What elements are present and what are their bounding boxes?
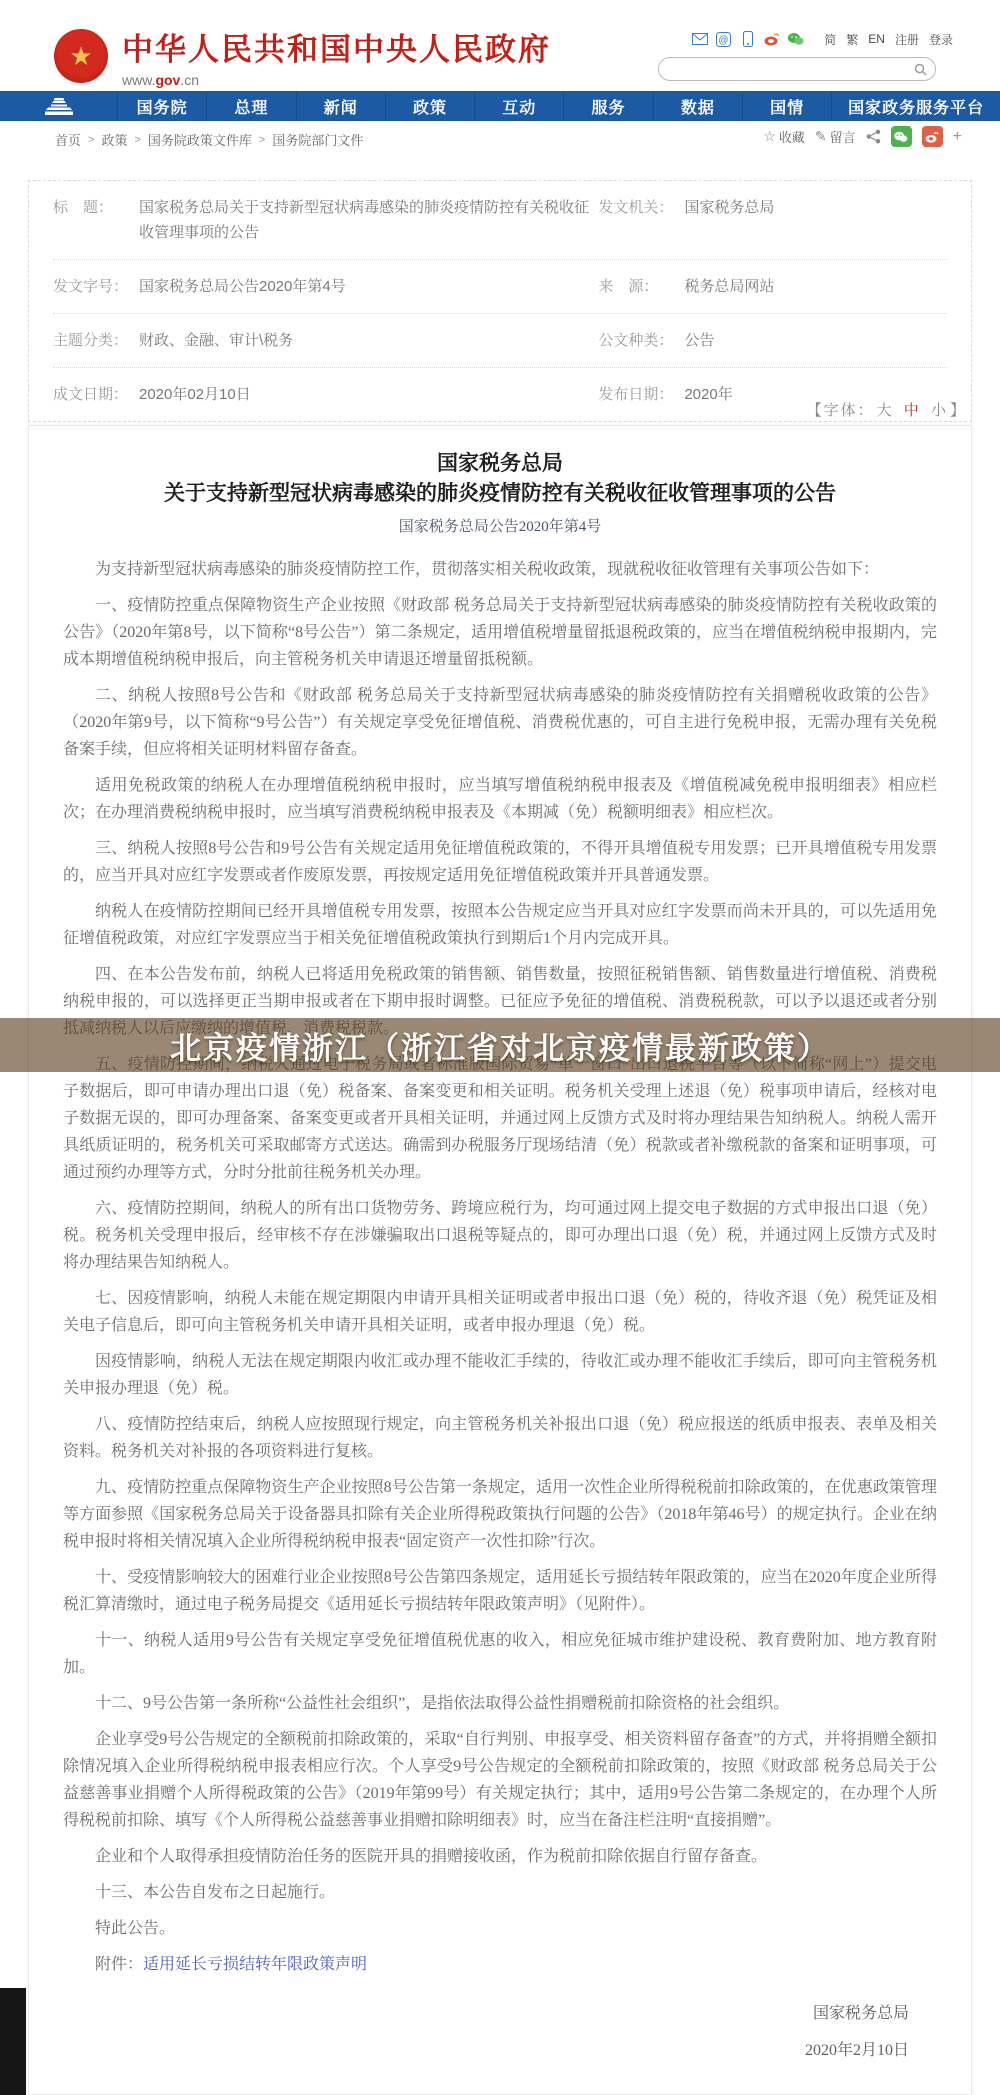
- document-paragraph: 特此公告。: [63, 1915, 937, 1942]
- page-root: ★ 中华人民共和国中央人民政府 www.gov.cn @: [0, 0, 1000, 2095]
- document-paragraph: 纳税人在疫情防控期间已经开具增值税专用发票，按照本公告规定应当开具对应红字发票而…: [63, 898, 937, 952]
- favorite-button[interactable]: ☆收藏: [763, 127, 805, 146]
- document-paragraph: 一、疫情防控重点保障物资生产企业按照《财政部 税务总局关于支持新型冠状病毒感染的…: [63, 592, 937, 673]
- breadcrumb-row: 首页>政策>国务院政策文件库>国务院部门文件> ☆收藏 ✎留言 +: [0, 121, 1000, 152]
- email-at-icon[interactable]: @: [715, 31, 732, 48]
- nav-items: 国务院总理新闻政策互动服务数据国情国家政务服务平台: [118, 91, 1000, 121]
- meta-value: 税务总局网站: [684, 274, 774, 299]
- search-input[interactable]: [667, 59, 914, 79]
- pencil-icon: ✎: [815, 128, 827, 145]
- nav-item[interactable]: 国情: [743, 91, 832, 121]
- meta-row: 主题分类： 财政、金融、审计\税务 公文种类： 公告: [53, 314, 947, 368]
- document-title: 关于支持新型冠状病毒感染的肺炎疫情防控有关税收征收管理事项的公告: [63, 478, 937, 508]
- nav-home-tiananmen-icon[interactable]: [0, 91, 118, 121]
- wechat-icon[interactable]: [787, 31, 804, 48]
- document-paragraph: 九、疫情防控重点保障物资生产企业按照8号公告第一条规定，适用一次性企业所得税税前…: [63, 1474, 937, 1555]
- breadcrumb-separator: >: [252, 134, 272, 146]
- site-brand[interactable]: ★ 中华人民共和国中央人民政府 www.gov.cn: [54, 24, 551, 88]
- signature-date: 2020年2月10日: [63, 2037, 909, 2064]
- document-paragraph: 因疫情影响，纳税人无法在规定期限内收汇或办理不能收汇手续的，待收汇或办理不能收汇…: [63, 1348, 937, 1402]
- breadcrumb-item[interactable]: 国务院政策文件库: [148, 130, 252, 149]
- main-navbar: 国务院总理新闻政策互动服务数据国情国家政务服务平台: [0, 91, 1000, 121]
- meta-label: 公文种类：: [598, 328, 684, 353]
- breadcrumb-item[interactable]: 首页: [55, 130, 81, 149]
- nav-item[interactable]: 政策: [386, 91, 475, 121]
- search-icon[interactable]: [914, 63, 927, 76]
- meta-label: 发布日期：: [598, 382, 684, 407]
- document-paragraph: 十二、9号公告第一条所称“公益性社会组织”，是指依法取得公益性捐赠税前扣除资格的…: [63, 1690, 937, 1717]
- attachment-label: 附件：: [95, 1956, 143, 1973]
- breadcrumb-item[interactable]: 国务院部门文件: [272, 130, 363, 149]
- signature-org: 国家税务总局: [63, 2000, 909, 2027]
- document-paragraph: 十三、本公告自发布之日起施行。: [63, 1879, 937, 1906]
- meta-value: 国家税务总局公告2020年第4号: [139, 274, 346, 299]
- weibo-icon[interactable]: [763, 31, 780, 48]
- document-paragraph: 三、纳税人按照8号公告和9号公告有关规定适用免征增值税政策的，不得开具增值税专用…: [63, 835, 937, 889]
- font-large-button[interactable]: 大: [875, 402, 896, 419]
- bottom-left-dark-bar: [0, 1988, 26, 2095]
- breadcrumb-separator: >: [127, 134, 147, 146]
- document-issuing-org: 国家税务总局: [63, 448, 937, 478]
- meta-label: 主题分类：: [53, 328, 139, 353]
- document-body: 为支持新型冠状病毒感染的肺炎疫情防控工作，贯彻落实相关税收政策，现就税收征收管理…: [63, 556, 937, 1942]
- attachment-link[interactable]: 适用延长亏损结转年限政策声明: [143, 1956, 367, 1973]
- lang-links: 简|繁|EN|注册|登录|: [819, 31, 958, 48]
- document-paragraph: 企业享受9号公告规定的全额税前扣除政策的，采取“自行判别、申报享受、相关资料留存…: [63, 1726, 937, 1834]
- document-paragraph: 十一、纳税人适用9号公告有关规定享受免征增值税优惠的收入，相应免征城市维护建设税…: [63, 1627, 937, 1681]
- font-size-bar: 【字体：大 中 小】: [807, 399, 967, 420]
- document-sheet: 国家税务总局 关于支持新型冠状病毒感染的肺炎疫情防控有关税收征收管理事项的公告 …: [28, 425, 972, 2095]
- signature-block: 国家税务总局 2020年2月10日: [63, 2000, 937, 2064]
- breadcrumb-actions: ☆收藏 ✎留言 +: [763, 126, 962, 147]
- star-icon: ☆: [763, 128, 776, 145]
- brand-text: 中华人民共和国中央人民政府 www.gov.cn: [122, 24, 551, 88]
- document-paragraph: 十、受疫情影响较大的困难行业企业按照8号公告第四条规定，适用延长亏损结转年限政策…: [63, 1564, 937, 1618]
- document-meta-panel: 标 题： 国家税务总局关于支持新型冠状病毒感染的肺炎疫情防控有关税收征收管理事项…: [28, 180, 972, 422]
- share-wechat-button[interactable]: [891, 126, 912, 147]
- nav-item[interactable]: 数据: [654, 91, 743, 121]
- meta-value: 2020年02月10日: [139, 382, 251, 407]
- breadcrumb-item[interactable]: 政策: [101, 130, 127, 149]
- attachment-line: 附件：适用延长亏损结转年限政策声明: [63, 1951, 937, 1978]
- meta-value: 2020年: [684, 382, 732, 407]
- lang-link[interactable]: 简: [819, 33, 841, 47]
- overlay-ad-banner[interactable]: 北京疫情浙江（浙江省对北京疫情最新政策）: [0, 1018, 1000, 1072]
- nav-item[interactable]: 新闻: [297, 91, 386, 121]
- share-weibo-button[interactable]: [922, 126, 943, 147]
- font-small-button[interactable]: 小: [929, 402, 950, 419]
- site-title: 中华人民共和国中央人民政府: [122, 24, 551, 69]
- document-paragraph: 二、纳税人按照8号公告和《财政部 税务总局关于支持新型冠状病毒感染的肺炎疫情防控…: [63, 682, 937, 763]
- document-paragraph: 七、因疫情影响，纳税人未能在规定期限内申请开具相关证明或者申报出口退（免）税的，…: [63, 1285, 937, 1339]
- meta-value: 财政、金融、审计\税务: [139, 328, 293, 353]
- nav-item[interactable]: 互动: [475, 91, 564, 121]
- overlay-banner-text: 北京疫情浙江（浙江省对北京疫情最新政策）: [170, 1023, 830, 1068]
- meta-row: 发文字号： 国家税务总局公告2020年第4号 来 源： 税务总局网站: [53, 260, 947, 314]
- quick-icons: @ 简|繁|EN|注册|登录|: [658, 30, 958, 48]
- meta-value: 国家税务总局: [684, 195, 774, 245]
- nav-item[interactable]: 总理: [207, 91, 296, 121]
- lang-link[interactable]: 繁: [841, 33, 863, 47]
- meta-label: 发文字号：: [53, 274, 139, 299]
- lang-link[interactable]: 注册: [890, 33, 924, 47]
- meta-label: 标 题：: [53, 195, 139, 245]
- mail-icon[interactable]: [691, 31, 708, 48]
- document-paragraph: 六、疫情防控期间，纳税人的所有出口货物劳务、跨境应税行为，均可通过网上提交电子数…: [63, 1195, 937, 1276]
- mobile-icon[interactable]: [739, 31, 756, 48]
- svg-text:@: @: [719, 35, 729, 46]
- header-right: @ 简|繁|EN|注册|登录|: [658, 30, 958, 81]
- meta-label: 来 源：: [598, 274, 684, 299]
- nav-item[interactable]: 国家政务服务平台: [832, 91, 1000, 121]
- site-url: www.gov.cn: [122, 72, 551, 88]
- site-header: ★ 中华人民共和国中央人民政府 www.gov.cn @: [0, 0, 1000, 91]
- document-paragraph: 八、疫情防控结束后，纳税人应按照现行规定，向主管税务机关补报出口退（免）税应报送…: [63, 1411, 937, 1465]
- meta-label: 发文机关：: [598, 195, 684, 245]
- search-box[interactable]: [658, 57, 936, 81]
- lang-link[interactable]: 登录: [924, 33, 958, 47]
- breadcrumb: 首页>政策>国务院政策文件库>国务院部门文件>: [55, 130, 363, 149]
- font-medium-button[interactable]: 中: [902, 402, 923, 419]
- comment-button[interactable]: ✎留言: [815, 127, 856, 146]
- more-share-button[interactable]: +: [953, 128, 962, 146]
- share-button[interactable]: [866, 129, 881, 144]
- nav-item[interactable]: 服务: [564, 91, 653, 121]
- document-number: 国家税务总局公告2020年第4号: [63, 516, 937, 538]
- document-paragraph: 适用免税政策的纳税人在办理增值税纳税申报时，应当填写增值税纳税申报表及《增值税减…: [63, 772, 937, 826]
- breadcrumb-separator: >: [81, 134, 101, 146]
- meta-row: 标 题： 国家税务总局关于支持新型冠状病毒感染的肺炎疫情防控有关税收征收管理事项…: [53, 181, 947, 260]
- meta-value: 国家税务总局关于支持新型冠状病毒感染的肺炎疫情防控有关税收征收管理事项的公告: [139, 195, 598, 245]
- document-paragraph: 企业和个人取得承担疫情防治任务的医院开具的捐赠接收函，作为税前扣除依据自行留存备…: [63, 1843, 937, 1870]
- national-emblem-icon: ★: [54, 29, 108, 83]
- lang-link[interactable]: EN: [863, 32, 890, 46]
- meta-value: 公告: [684, 328, 714, 353]
- nav-item[interactable]: 国务院: [118, 91, 207, 121]
- meta-label: 成文日期：: [53, 382, 139, 407]
- document-paragraph: 为支持新型冠状病毒感染的肺炎疫情防控工作，贯彻落实相关税收政策，现就税收征收管理…: [63, 556, 937, 583]
